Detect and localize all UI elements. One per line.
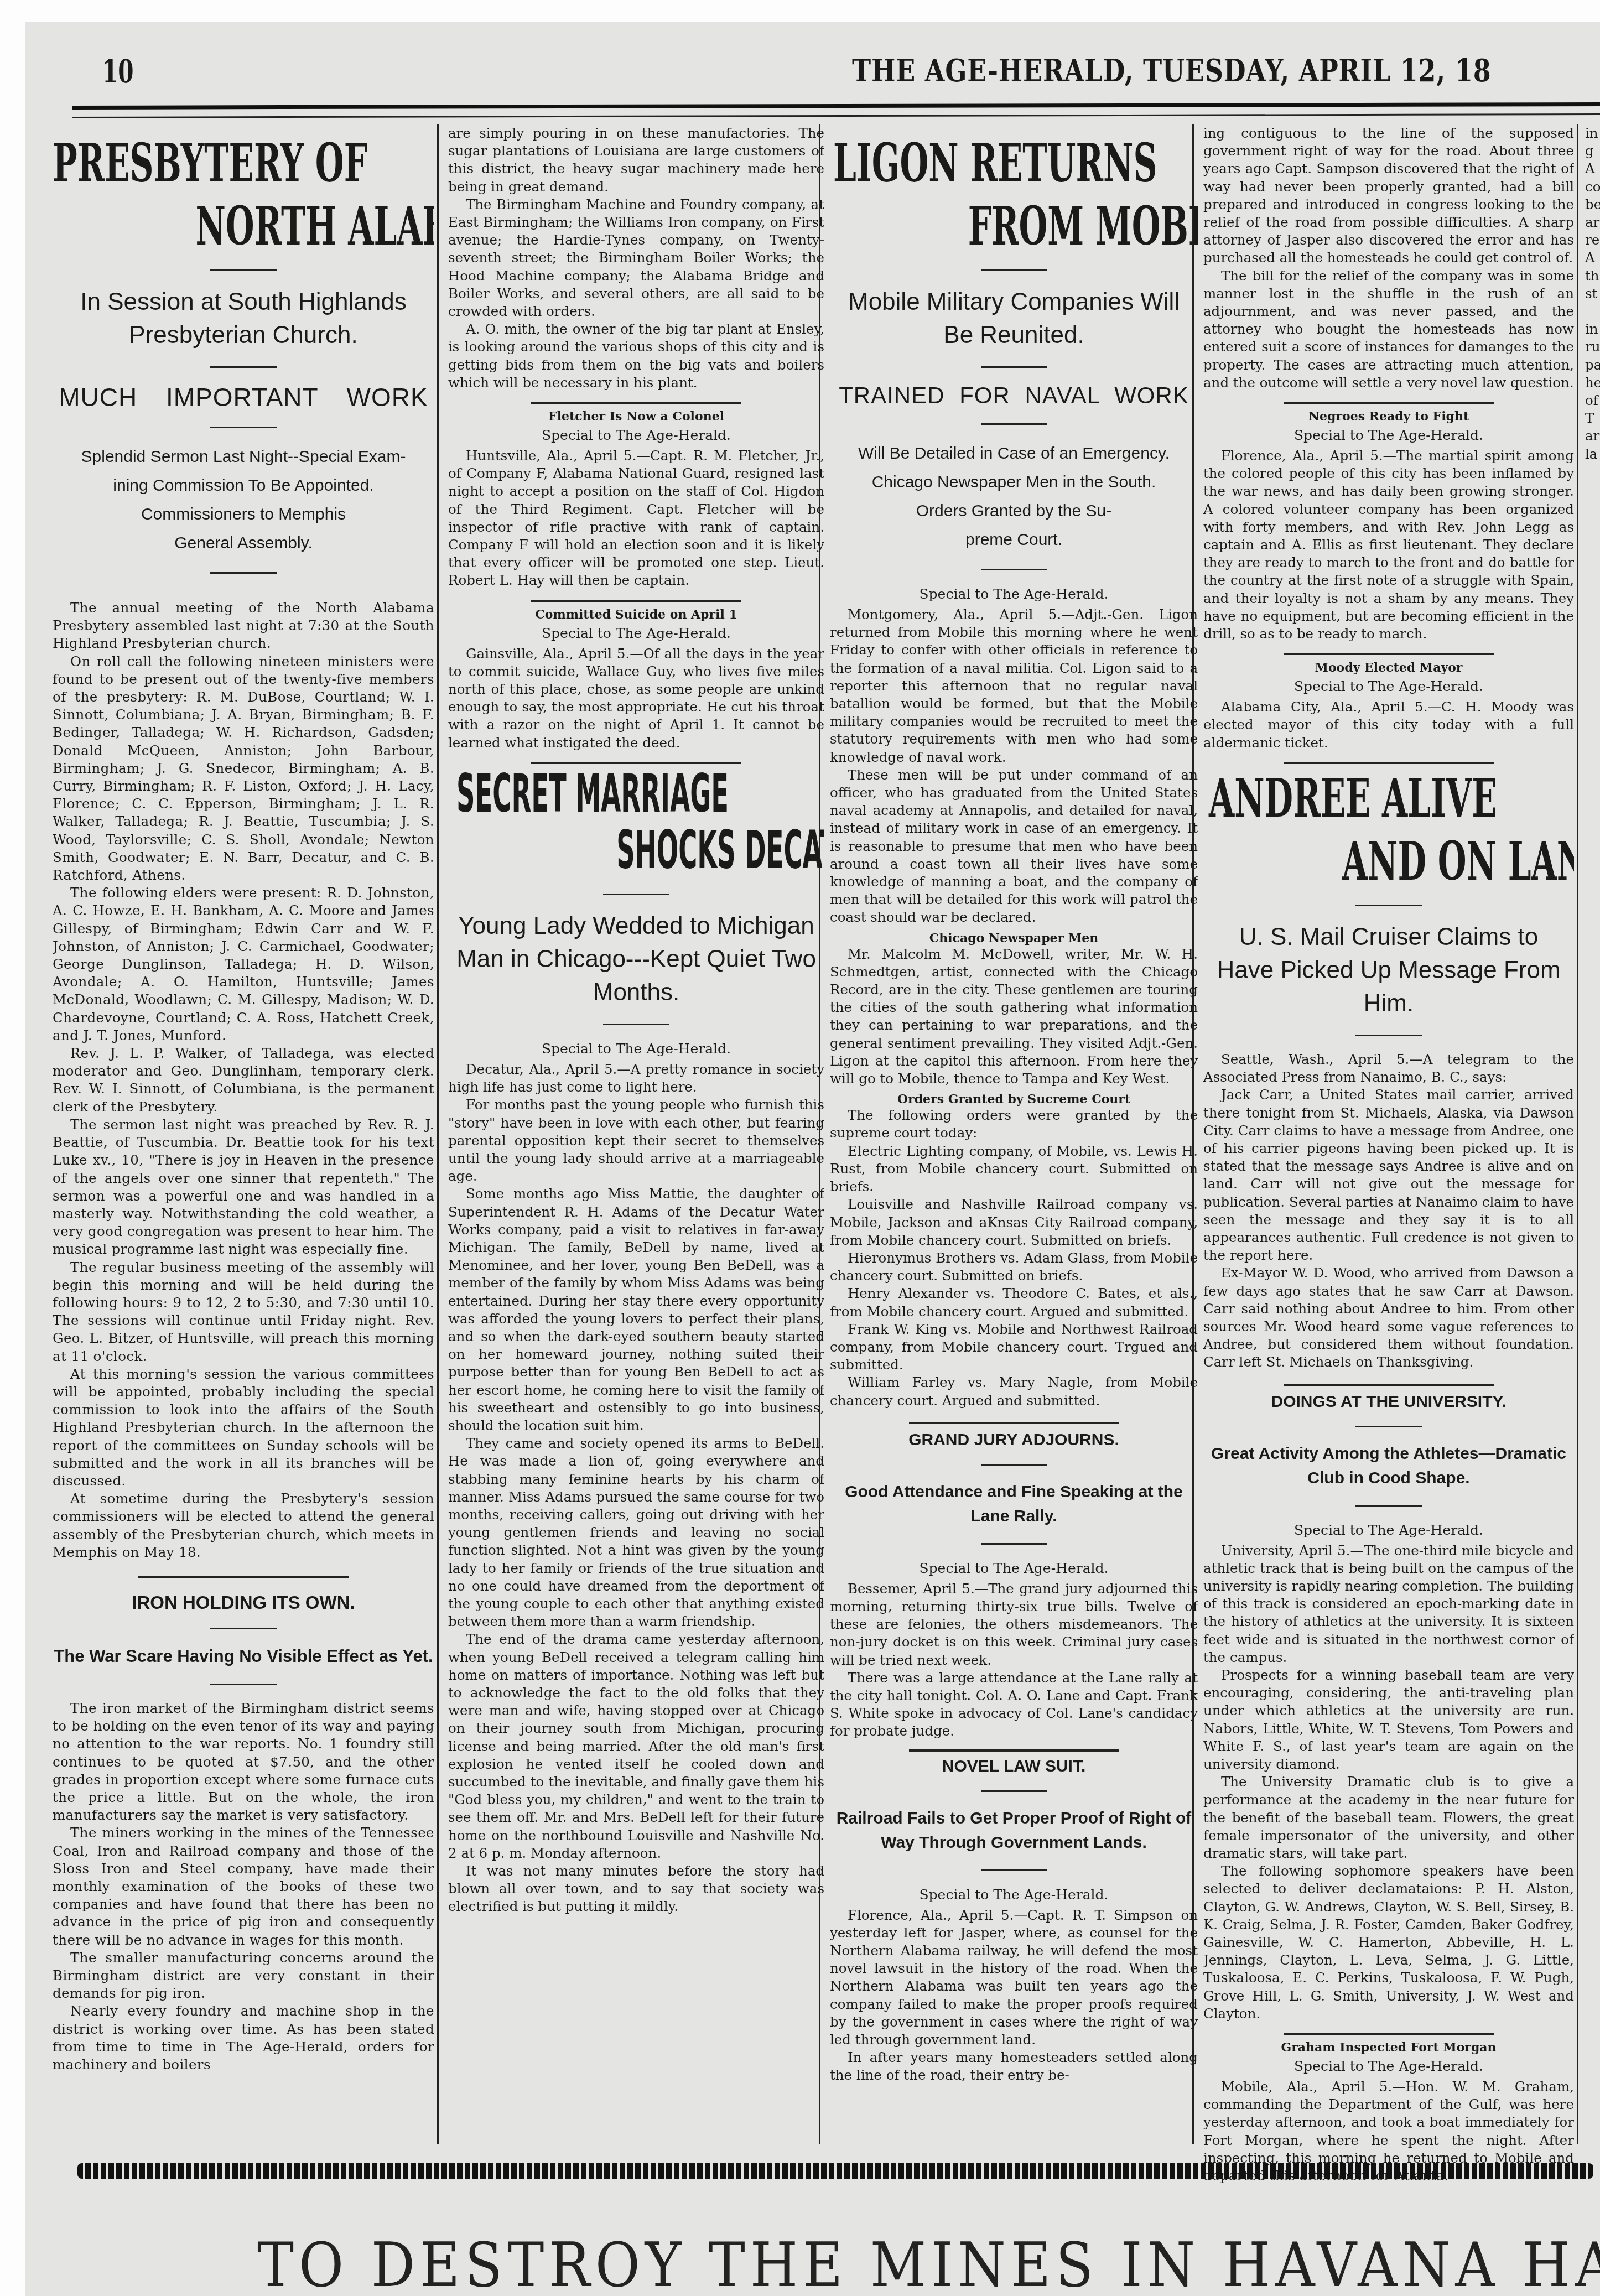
article-body-negroes: Florence, Ala., April 5.—The martial spi… [1203,447,1574,643]
clipped-text-fragment: of [1585,392,1600,409]
clipped-text-fragment: pa [1585,356,1600,374]
text-line: These men will be put under command of a… [830,766,1198,927]
article-body-moody: Alabama City, Ala., April 5.—C. H. Moody… [1203,698,1574,752]
dateline-special: Special to The Age-Herald. [448,426,824,445]
column-5-fragment: ingAcobearreAthst inrupaheofTarla [1585,124,1600,463]
clipped-text-fragment: la [1585,445,1600,463]
text-line: Electric Lighting company, of Mobile, vs… [830,1142,1198,1196]
dateline-special: Special to The Age-Herald. [448,624,824,643]
deck-great-activity: Great Activity Among the Athletes—Dramat… [1203,1442,1574,1490]
dateline-special: Special to The Age-Herald. [1203,677,1574,696]
headline-graham-fort-morgan: Graham Inspected Fort Morgan [1203,2040,1574,2055]
headline-suicide: Committed Suicide on April 1 [448,607,824,622]
text-line: Henry Alexander vs. Theodore C. Bates, e… [830,1285,1198,1320]
text-line: The bill for the relief of the company w… [1203,267,1574,392]
article-body-lawsuit-continued: ing contiguous to the line of the suppos… [1203,124,1574,392]
article-body-orders: The following orders were granted by the… [830,1107,1198,1409]
headline-iron-holding: IRON HOLDING ITS OWN. [53,1592,434,1613]
clipped-text-fragment: A [1585,249,1600,267]
dateline-special: Special to The Age-Herald. [830,1559,1198,1578]
text-line: Louisville and Nashville Railroad compan… [830,1196,1198,1249]
text-line: Splendid Sermon Last Night--Special Exam… [53,443,434,471]
newspaper-title-date: THE AGE-HERALD, TUESDAY, APRIL 12, 18 [852,53,1491,89]
text-line: Jack Carr, a United States mail carrier,… [1203,1086,1574,1264]
article-body-suicide: Gainsville, Ala., April 5.—Of all the da… [448,645,824,752]
deck-war-scare: The War Scare Having No Visible Effect a… [53,1644,434,1669]
text-line: They came and society opened its arms to… [448,1435,824,1630]
clipped-text-fragment: co [1585,178,1600,196]
dateline-special: Special to The Age-Herald. [830,1885,1198,1904]
text-line: The University Dramatic club is to give … [1203,1773,1574,1862]
deck-detailed-emergency: Will Be Detailed in Case of an Emergency… [830,439,1198,554]
clipped-text-fragment: th [1585,267,1600,285]
dateline-special: Special to The Age-Herald. [448,1040,824,1058]
text-line: Commissioners to Memphis [53,500,434,529]
text-line: Montgomery, Ala., April 5.—Adjt.-Gen. Li… [830,606,1198,766]
clipped-text-fragment: ru [1585,338,1600,356]
headline-novel-law-suit: NOVEL LAW SUIT. [830,1757,1198,1776]
newspaper-page: 10 THE AGE-HERALD, TUESDAY, APRIL 12, 18… [25,22,1600,2296]
headline-presbytery-line2: NORTH ALABAMA [195,198,429,255]
headline-andree-line2: AND ON LAND [1342,833,1568,890]
deck-young-lady-wedded: Young Lady Wedded to Michigan Man in Chi… [448,910,824,1009]
text-line: The miners working in the mines of the T… [53,1824,434,1949]
text-line: Florence, Ala., April 5.—Capt. R. T. Sim… [830,1907,1198,2049]
text-line: The smaller manufacturing concerns aroun… [53,1949,434,2003]
deck-good-attendance: Good Attendance and Fine Speaking at the… [830,1480,1198,1529]
text-line: Orders Granted by the Su- [830,497,1198,526]
dateline-special: Special to The Age-Herald. [1203,2057,1574,2076]
text-line: In after years many homesteaders settled… [830,2049,1198,2084]
headline-ligon-line1: LIGON RETURNS [833,134,1059,192]
headline-secret-marriage-line2: SHOCKS DECATUR [616,823,822,879]
deck-splendid-sermon: Splendid Sermon Last Night--Special Exam… [53,443,434,558]
deck-mail-cruiser: U. S. Mail Cruiser Claims to Have Picked… [1203,921,1574,1020]
column-4: ing contiguous to the line of the suppos… [1203,124,1574,2185]
page-number: 10 [102,53,134,90]
dateline-special: Special to The Age-Herald. [1203,1521,1574,1540]
headline-andree-line1: ANDREE ALIVE [1209,770,1435,827]
column-divider [1577,124,1578,2144]
text-line: The iron market of the Birmingham distri… [53,1700,434,1824]
text-line: On roll call the following nineteen mini… [53,653,434,885]
masthead-rule-thin [72,113,1600,118]
text-line: Bessemer, April 5.—The grand jury adjour… [830,1580,1198,1669]
text-line: At this morning's session the various co… [53,1365,434,1490]
headline-presbytery-line1: PRESBYTERY OF [53,134,289,192]
column-3: LIGON RETURNS FROM MOBILE Mobile Militar… [830,124,1198,2085]
column-divider [437,124,439,2144]
clipped-text-fragment [1585,303,1600,320]
text-line: Seattle, Wash., April 5.—A telegram to t… [1203,1051,1574,1086]
text-line: The Birmingham Machine and Foundry compa… [448,196,824,320]
dateline-special: Special to The Age-Herald. [1203,426,1574,445]
headline-orders-granted: Orders Granted by Sucreme Court [830,1092,1198,1107]
text-line: The following orders were granted by the… [830,1107,1198,1142]
text-line: The annual meeting of the North Alabama … [53,599,434,653]
text-line: Nearly every foundry and machine shop in… [53,2002,434,2074]
text-line: For months past the young people who fur… [448,1096,824,1185]
text-line: The end of the drama came yesterday afte… [448,1630,824,1862]
article-body-ligon: Montgomery, Ala., April 5.—Adjt.-Gen. Li… [830,606,1198,927]
text-line: are simply pouring in on these manufacto… [448,124,824,196]
article-body-iron-continued: are simply pouring in on these manufacto… [448,124,824,392]
clipped-text-fragment: be [1585,196,1600,214]
clipped-text-fragment: st [1585,285,1600,303]
masthead-rule [72,102,1600,110]
headline-secret-marriage-line1: SECRET MARRIAGE [456,766,659,823]
text-line: It was not many minutes before the story… [448,1862,824,1916]
article-body-lawsuit: Florence, Ala., April 5.—Capt. R. T. Sim… [830,1907,1198,2085]
headline-fletcher: Fletcher Is Now a Colonel [448,409,824,424]
clipped-text-fragment: ar [1585,214,1600,231]
text-line: The following sophomore speakers have be… [1203,1862,1574,2023]
text-line: William Farley vs. Mary Nagle, from Mobi… [830,1374,1198,1409]
deck-trained-naval-work: TRAINED FOR NAVAL WORK [830,382,1198,409]
article-body-andree: Seattle, Wash., April 5.—A telegram to t… [1203,1051,1574,1372]
clipped-text-fragment: in [1585,320,1600,338]
headline-ligon-line2: FROM MOBILE [968,198,1193,255]
clipped-text-fragment: he [1585,374,1600,392]
article-body-jury: Bessemer, April 5.—The grand jury adjour… [830,1580,1198,1741]
text-line: Ex-Mayor W. D. Wood, who arrived from Da… [1203,1264,1574,1371]
clipped-text-fragment: T [1585,409,1600,427]
text-line: The sermon last night was preached by Re… [53,1116,434,1259]
text-line: ing contiguous to the line of the suppos… [1203,124,1574,267]
article-body-fletcher: Huntsville, Ala., April 5.—Capt. R. M. F… [448,447,824,590]
headline-negroes-ready: Negroes Ready to Fight [1203,409,1574,424]
headline-chicago-newspaper-men: Chicago Newspaper Men [830,931,1198,946]
banner-headline-havana: TO DESTROY THE MINES IN HAVANA HARBOR [257,2230,1600,2296]
dateline-special: Special to The Age-Herald. [830,585,1198,604]
column-1: PRESBYTERY OF NORTH ALABAMA In Session a… [53,124,434,2074]
article-body-chicago: Mr. Malcolm M. McDowell, writer, Mr. W. … [830,946,1198,1088]
clipped-text-fragment: in [1585,124,1600,142]
headline-grand-jury: GRAND JURY ADJOURNS. [830,1431,1198,1450]
text-line: Rev. J. L. P. Walker, of Talladega, was … [53,1045,434,1116]
deck-railroad-fails: Railroad Fails to Get Proper Proof of Ri… [830,1806,1198,1855]
text-line: A. O. mith, the owner of the big tar pla… [448,320,824,392]
text-line: preme Court. [830,526,1198,554]
text-line: The following elders were present: R. D.… [53,884,434,1045]
article-body-iron: The iron market of the Birmingham distri… [53,1700,434,2074]
masthead: 10 THE AGE-HERALD, TUESDAY, APRIL 12, 18 [25,22,1600,91]
text-line: At sometime during the Presbytery's sess… [53,1490,434,1561]
decorative-dotted-rule [77,2163,1593,2179]
text-line: Decatur, Ala., April 5.—A pretty romance… [448,1061,824,1096]
deck-presbytery-session: In Session at South Highlands Presbyteri… [53,285,434,352]
column-2: are simply pouring in on these manufacto… [448,124,824,1916]
text-line: University, April 5.—The one-third mile … [1203,1542,1574,1666]
text-line: Prospects for a winning baseball team ar… [1203,1666,1574,1773]
clipped-text-fragment: A [1585,160,1600,178]
text-line: ining Commission To Be Appointed. [53,471,434,500]
clipped-text-fragment: re [1585,231,1600,249]
article-body-presbytery: The annual meeting of the North Alabama … [53,599,434,1561]
text-line: Hieronymus Brothers vs. Adam Glass, from… [830,1249,1198,1285]
text-line: Some months ago Miss Mattie, the daughte… [448,1185,824,1435]
clipped-text-fragment: g [1585,142,1600,160]
text-line: Chicago Newspaper Men in the South. [830,468,1198,497]
text-line: Frank W. King vs. Mobile and Northwest R… [830,1321,1198,1374]
deck-mobile-military: Mobile Military Companies Will Be Reunit… [830,285,1198,352]
text-line: General Assembly. [53,529,434,558]
deck-much-important-work: MUCH IMPORTANT WORK [53,382,434,412]
headline-moody-mayor: Moody Elected Mayor [1203,661,1574,675]
article-body-university: University, April 5.—The one-third mile … [1203,1542,1574,2023]
text-line: There was a large attendance at the Lane… [830,1669,1198,1741]
text-line: The regular business meeting of the asse… [53,1259,434,1365]
clipped-text-fragment: ar [1585,427,1600,445]
headline-doings-university: DOINGS AT THE UNIVERSITY. [1203,1393,1574,1411]
article-body-marriage: Decatur, Ala., April 5.—A pretty romance… [448,1061,824,1916]
text-line: Will Be Detailed in Case of an Emergency… [830,439,1198,468]
